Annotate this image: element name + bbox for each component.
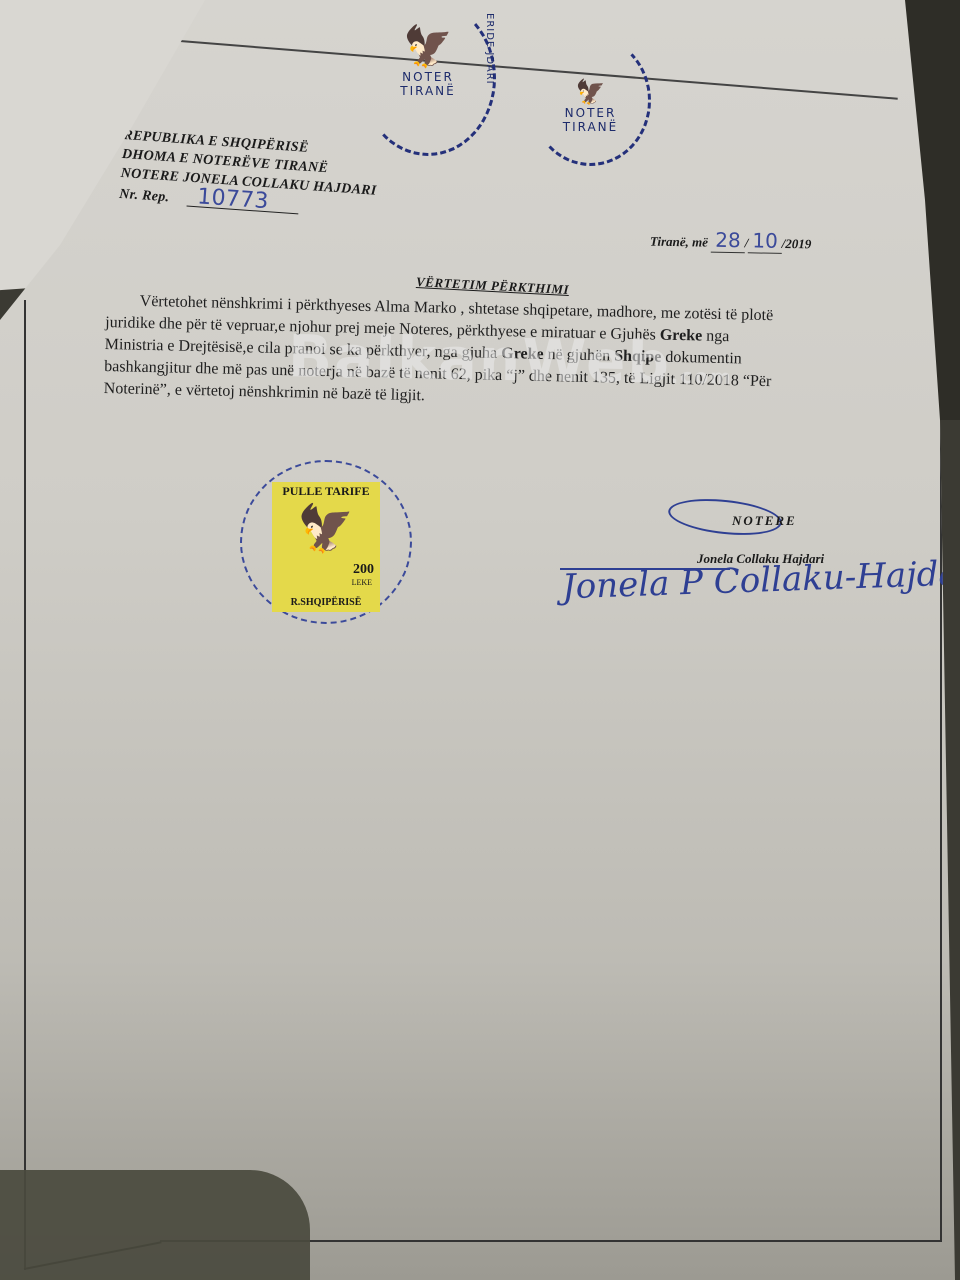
document-title: VËRTETIM PËRKTHIMI xyxy=(416,274,570,298)
rep-label: Nr. Rep. xyxy=(119,187,170,205)
notary-stamp-1: ERIDE JDARI 🦅 NOTER TIRANË xyxy=(360,0,496,156)
stamp1-arc-text: ERIDE JDARI xyxy=(484,13,495,85)
date-day: 28 xyxy=(711,228,745,254)
eagle-icon: 🦅 xyxy=(533,78,648,106)
date-month: 10 xyxy=(748,228,782,254)
hand-shadow xyxy=(0,1170,310,1280)
tax-stamp: PULLE TARIFE 🦅 200 LEKE R.SHQIPËRISË xyxy=(240,460,412,624)
tax-stamp-country: R.SHQIPËRISË xyxy=(272,597,380,608)
notary-stamp-2: 🦅 NOTER TIRANË xyxy=(530,35,651,166)
tax-stamp-title: PULLE TARIFE xyxy=(272,484,380,499)
tax-stamp-value: 200 xyxy=(353,562,374,578)
tax-stamp-label: PULLE TARIFE 🦅 200 LEKE R.SHQIPËRISË xyxy=(272,482,380,612)
notary-label: NOTERE xyxy=(732,513,797,529)
date-year: /2019 xyxy=(782,236,812,252)
document-page: ERIDE JDARI 🦅 NOTER TIRANË 🦅 NOTER TIRAN… xyxy=(0,0,960,1280)
stamp1-line1: NOTER xyxy=(363,70,493,84)
page-border-right xyxy=(940,330,942,1240)
tax-stamp-unit: LEKE xyxy=(352,578,372,587)
stamp2-line1: NOTER xyxy=(533,106,648,120)
eagle-icon: 🦅 xyxy=(363,23,493,70)
stamp1-line2: TIRANË xyxy=(363,84,493,98)
stamp2-line2: TIRANË xyxy=(533,120,648,134)
watermark: BalkanWeb.com xyxy=(287,322,733,398)
handwritten-signature: Jonela P Collaku-Hajdari xyxy=(561,553,960,608)
document-date: Tiranë, më 28/10/2019 xyxy=(650,227,812,254)
date-place: Tiranë, më xyxy=(650,234,708,250)
page-border-left xyxy=(24,300,26,1270)
eagle-icon: 🦅 xyxy=(272,499,380,559)
document-header: REPUBLIKA E SHQIPËRISË DHOMA E NOTERËVE … xyxy=(119,126,380,222)
